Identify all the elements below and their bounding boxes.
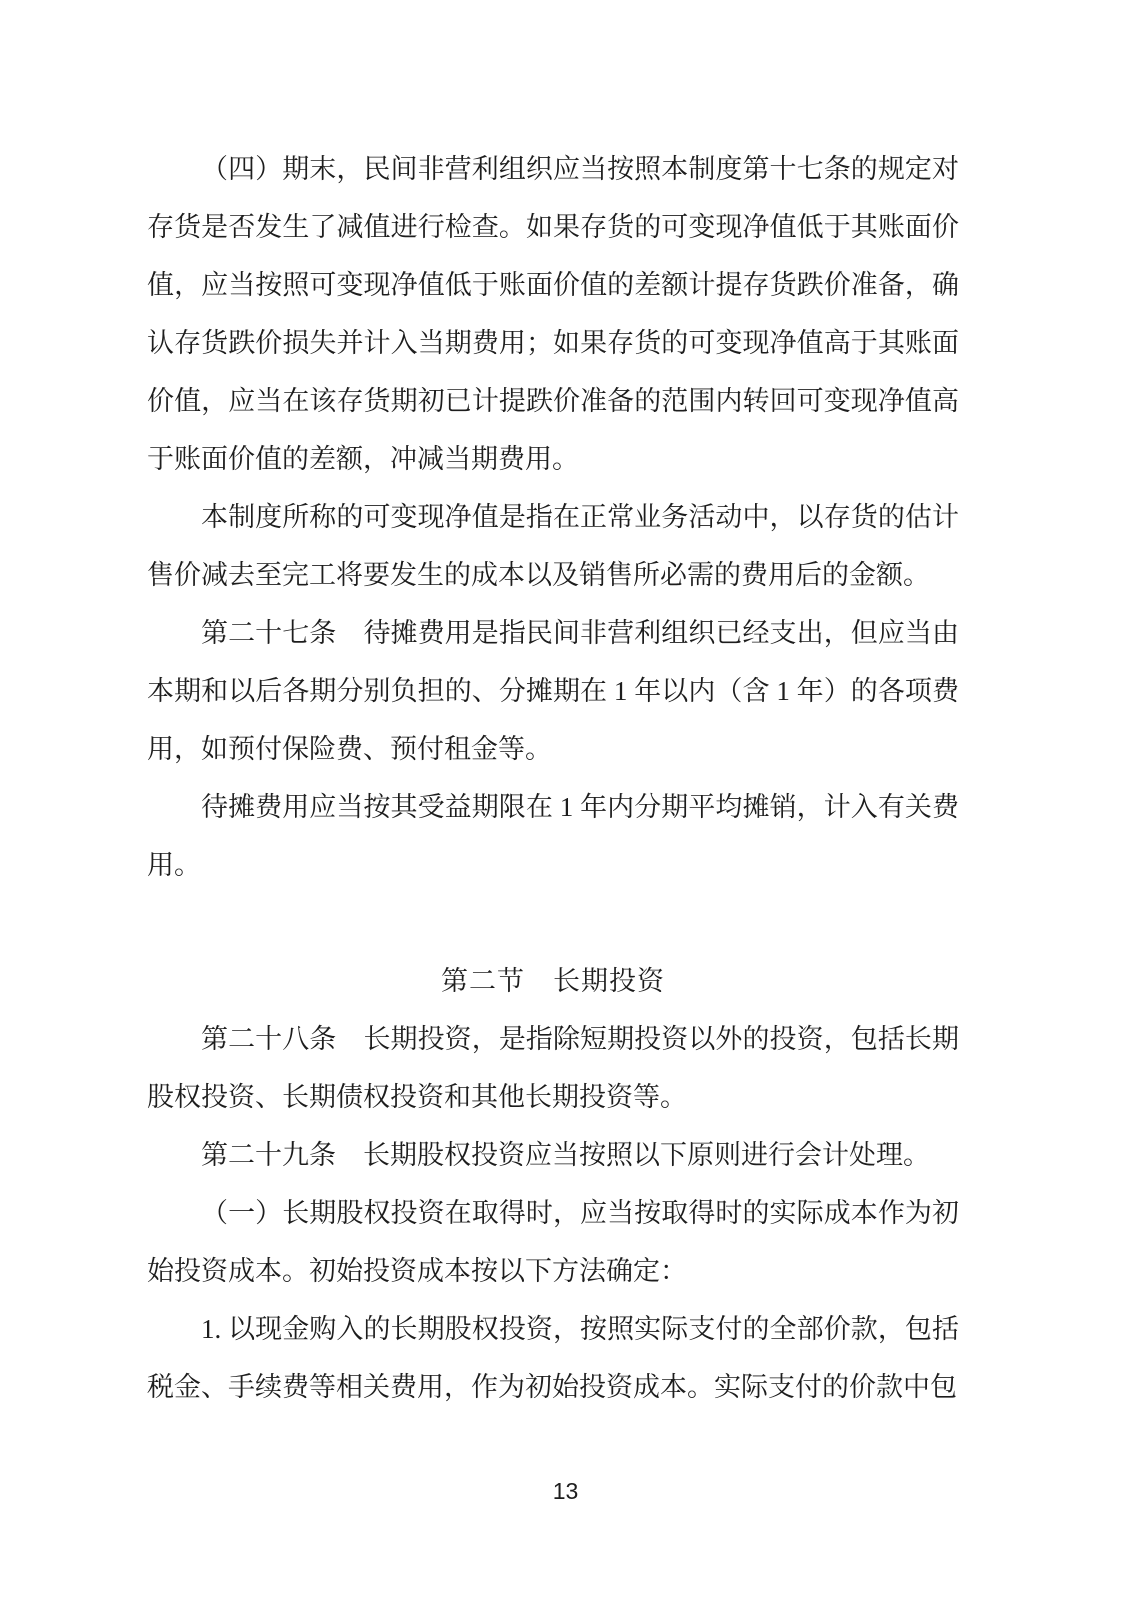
paragraph: 本制度所称的可变现净值是指在正常业务活动中，以存货的估计售价减去至完工将要发生的… — [147, 488, 959, 604]
section-heading: 第二节 长期投资 — [147, 952, 959, 1010]
paragraph: 待摊费用应当按其受益期限在 1 年内分期平均摊销，计入有关费用。 — [147, 778, 959, 894]
paragraph: 第二十九条 长期股权投资应当按照以下原则进行会计处理。 — [147, 1126, 959, 1184]
page-number: 13 — [0, 1478, 1131, 1504]
document-body: （四）期末，民间非营利组织应当按照本制度第十七条的规定对存货是否发生了减值进行检… — [147, 140, 959, 1416]
paragraph: （四）期末，民间非营利组织应当按照本制度第十七条的规定对存货是否发生了减值进行检… — [147, 140, 959, 488]
paragraph: 1. 以现金购入的长期股权投资，按照实际支付的全部价款，包括税金、手续费等相关费… — [147, 1300, 959, 1416]
paragraph: 第二十八条 长期投资，是指除短期投资以外的投资，包括长期股权投资、长期债权投资和… — [147, 1010, 959, 1126]
paragraph: 第二十七条 待摊费用是指民间非营利组织已经支出，但应当由本期和以后各期分别负担的… — [147, 604, 959, 778]
document-page: （四）期末，民间非营利组织应当按照本制度第十七条的规定对存货是否发生了减值进行检… — [0, 0, 1131, 1600]
paragraph: （一）长期股权投资在取得时，应当按取得时的实际成本作为初始投资成本。初始投资成本… — [147, 1184, 959, 1300]
